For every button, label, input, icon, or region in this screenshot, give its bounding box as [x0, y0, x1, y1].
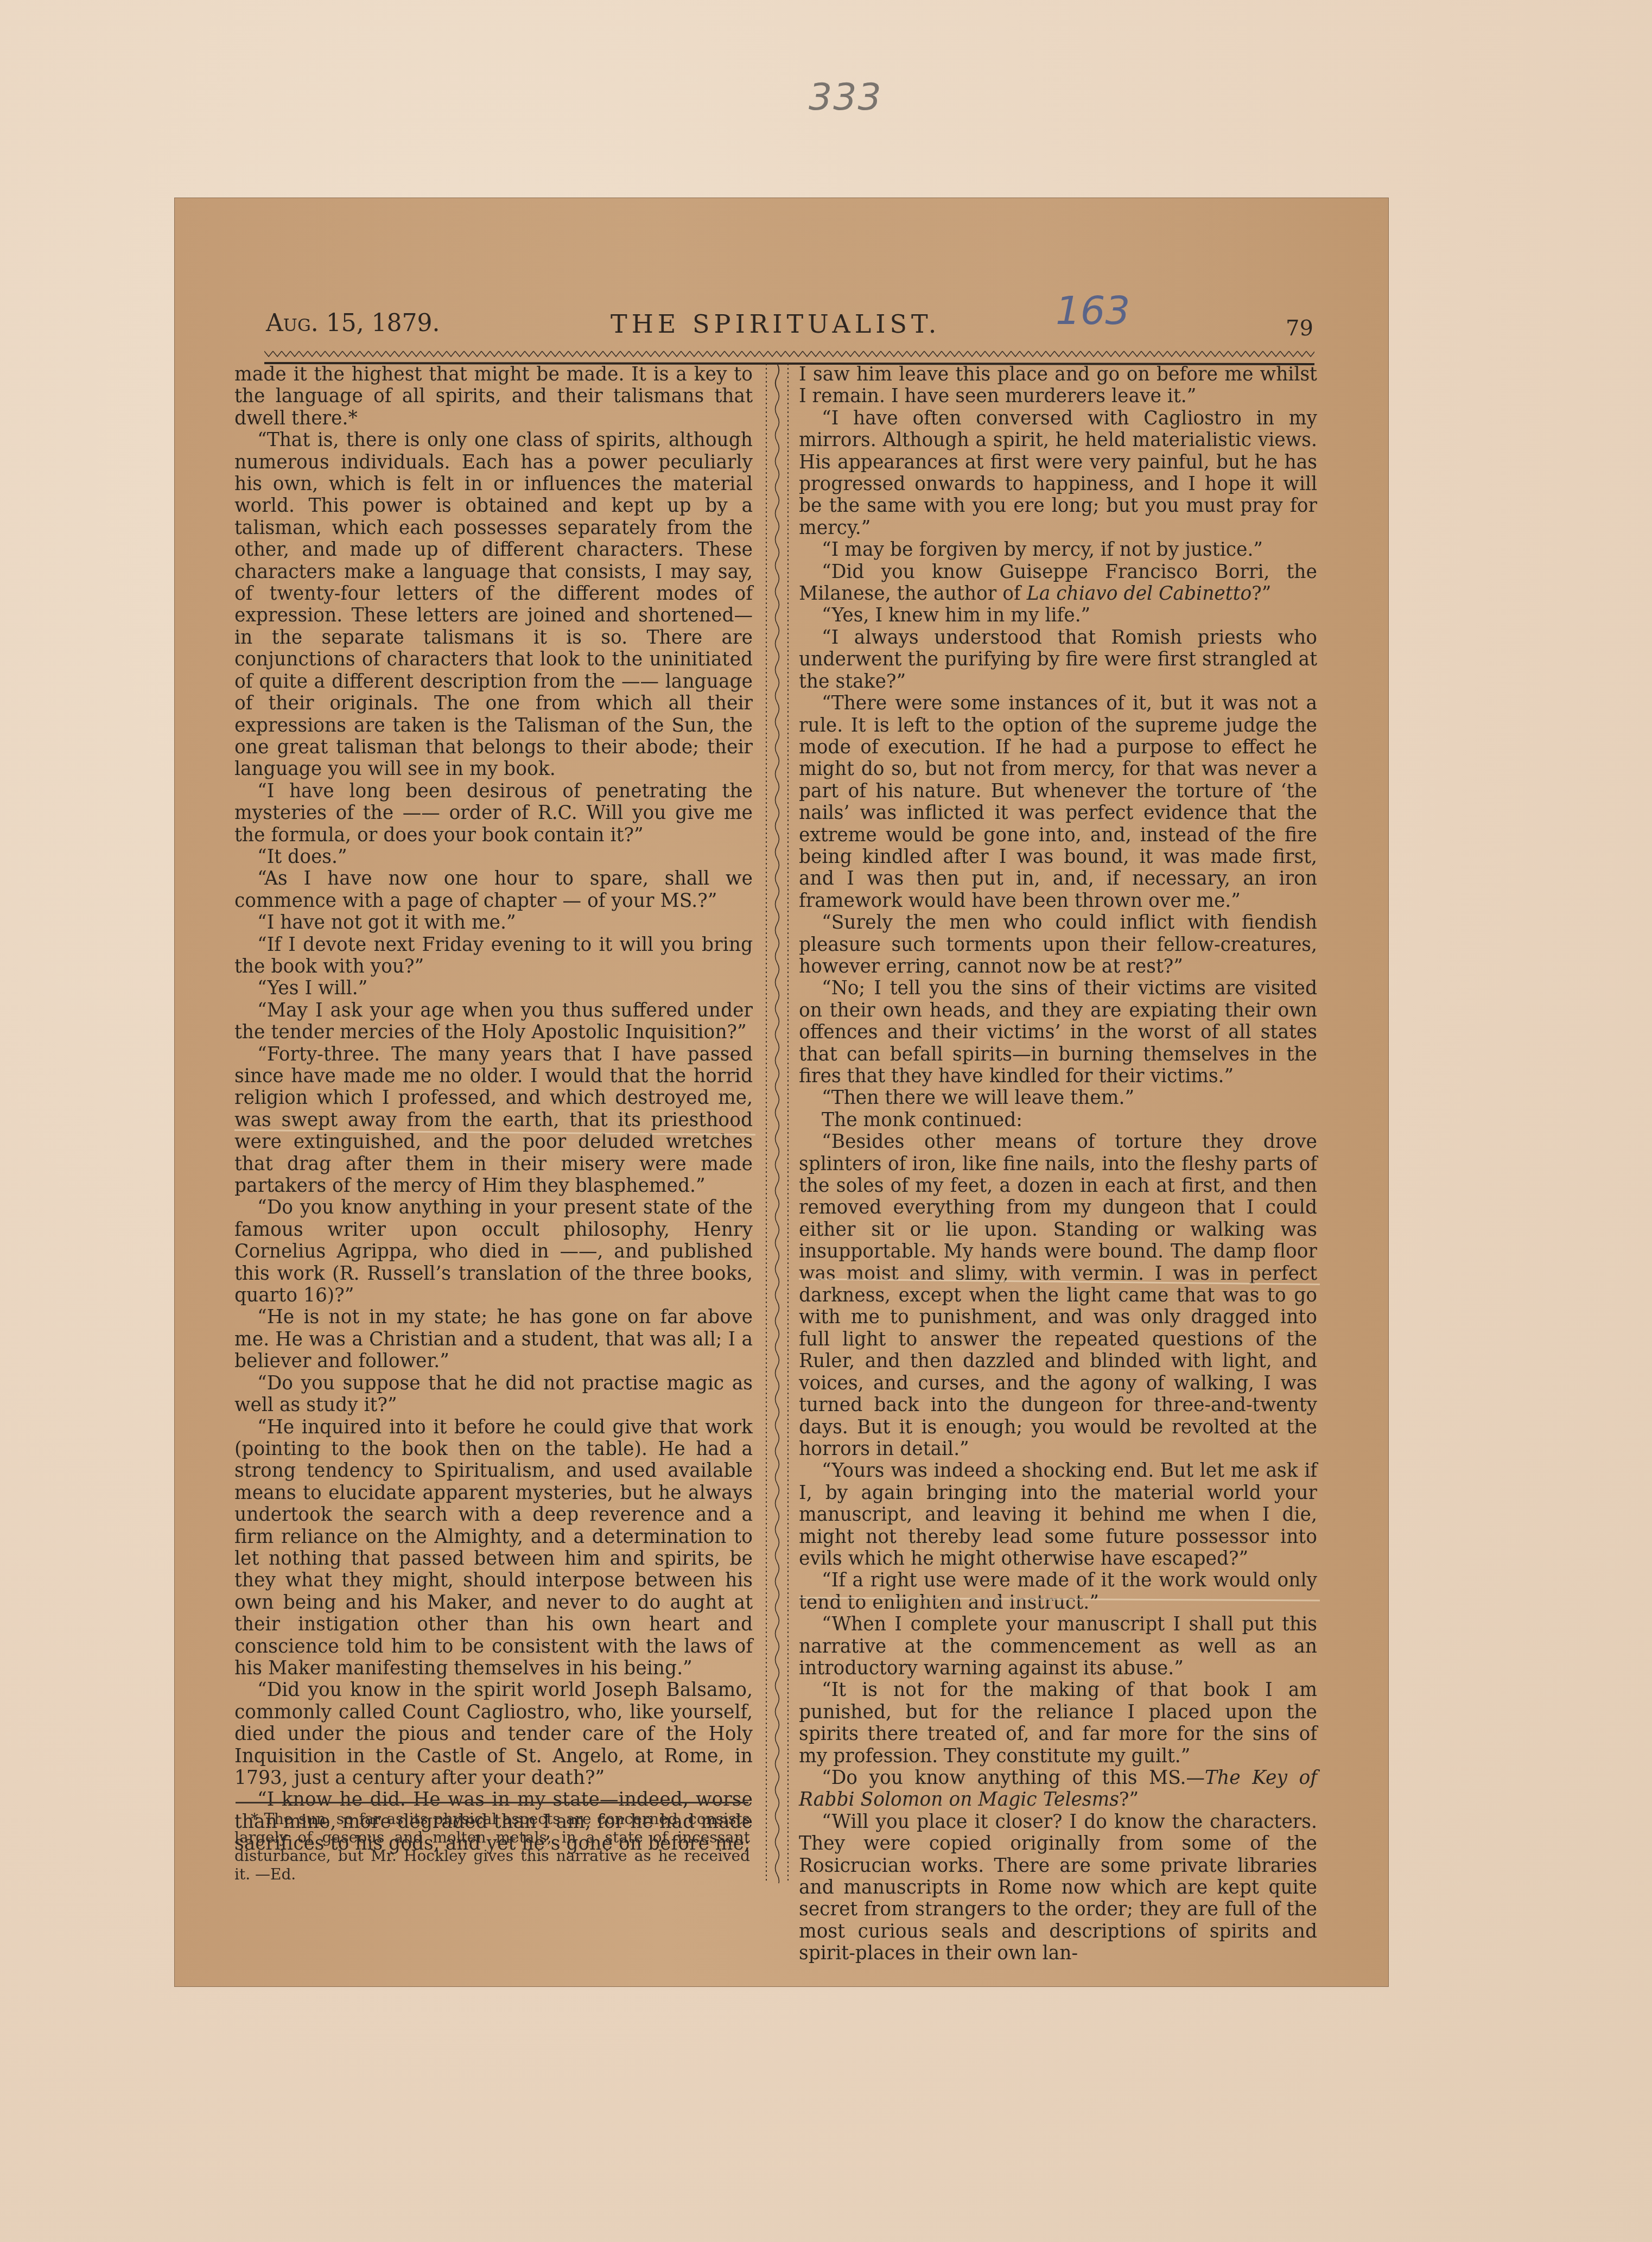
paragraph-text: ?” — [1251, 583, 1271, 605]
handwritten-annotation: 163 — [1056, 288, 1130, 333]
paragraph: “Will you place it closer? I do know the… — [799, 1811, 1317, 1965]
paragraph-text: ?” — [1119, 1789, 1139, 1811]
paragraph: “If I devote next Friday evening to it w… — [234, 934, 753, 978]
paragraph: The monk continued: — [799, 1109, 1317, 1131]
paragraph: “It does.” — [234, 846, 753, 868]
paragraph: I saw him leave this place and go on bef… — [799, 364, 1317, 408]
paragraph: “I may be forgiven by mercy, if not by j… — [799, 539, 1317, 561]
paragraph: “I always understood that Romish priests… — [799, 627, 1317, 693]
paragraph: “Yes I will.” — [234, 977, 753, 999]
paragraph: “Forty-three. The many years that I have… — [234, 1044, 753, 1197]
paragraph: “When I complete your manuscript I shall… — [799, 1614, 1317, 1679]
page-number: 79 — [1286, 316, 1313, 341]
paragraph: “Yes, I knew him in my life.” — [799, 605, 1317, 626]
column-divider — [761, 364, 793, 1883]
publication-title: THE SPIRITUALIST. — [611, 309, 941, 339]
paragraph: “I have long been desirous of penetratin… — [234, 780, 753, 846]
paragraph: “No; I tell you the sins of their victim… — [799, 977, 1317, 1087]
paragraph: “He is not in my state; he has gone on f… — [234, 1306, 753, 1372]
paragraph: “It is not for the making of that book I… — [799, 1679, 1317, 1767]
right-column: I saw him leave this place and go on bef… — [799, 364, 1317, 1965]
footnote-rule — [236, 1802, 748, 1803]
running-head: Aug. 15, 1879. THE SPIRITUALIST. 163 79 — [266, 309, 1313, 353]
paragraph: “Then there we will leave them.” — [799, 1087, 1317, 1109]
paragraph: “I have often conversed with Cagliostro … — [799, 408, 1317, 539]
paragraph: “May I ask your age when you thus suffer… — [234, 1000, 753, 1044]
footnote: * The sun, so far as its physical aspect… — [234, 1810, 750, 1884]
paragraph: “As I have now one hour to spare, shall … — [234, 868, 753, 912]
issue-date: Aug. 15, 1879. — [266, 309, 440, 337]
paragraph: “That is, there is only one class of spi… — [234, 429, 753, 780]
paragraph: “If a right use were made of it the work… — [799, 1570, 1317, 1614]
paragraph: “There were some instances of it, but it… — [799, 693, 1317, 912]
book-title: La chiavo del Cabinetto — [1027, 583, 1252, 605]
paragraph: “Do you know anything of this MS.—The Ke… — [799, 1767, 1317, 1811]
paragraph: “He inquired into it before he could giv… — [234, 1417, 753, 1680]
paragraph: “Did you know Guiseppe Francisco Borri, … — [799, 561, 1317, 605]
newspaper-clipping: Aug. 15, 1879. THE SPIRITUALIST. 163 79 … — [175, 198, 1388, 1986]
paragraph: “Surely the men who could inflict with f… — [799, 912, 1317, 977]
paragraph-text: “Do you know anything of this MS.— — [822, 1767, 1205, 1789]
left-column: made it the highest that might be made. … — [234, 364, 753, 1855]
paragraph: “Besides other means of torture they dro… — [799, 1131, 1317, 1460]
paragraph: “Yours was indeed a shocking end. But le… — [799, 1460, 1317, 1570]
paragraph: made it the highest that might be made. … — [234, 364, 753, 429]
paragraph: “Do you suppose that he did not practise… — [234, 1373, 753, 1417]
archive-page-number: 333 — [809, 76, 882, 119]
paragraph: “Do you know anything in your present st… — [234, 1197, 753, 1306]
paragraph: “I have not got it with me.” — [234, 912, 753, 933]
paragraph: “Did you know in the spirit world Joseph… — [234, 1679, 753, 1789]
footnote-text: * The sun, so far as its physical aspect… — [234, 1810, 750, 1884]
